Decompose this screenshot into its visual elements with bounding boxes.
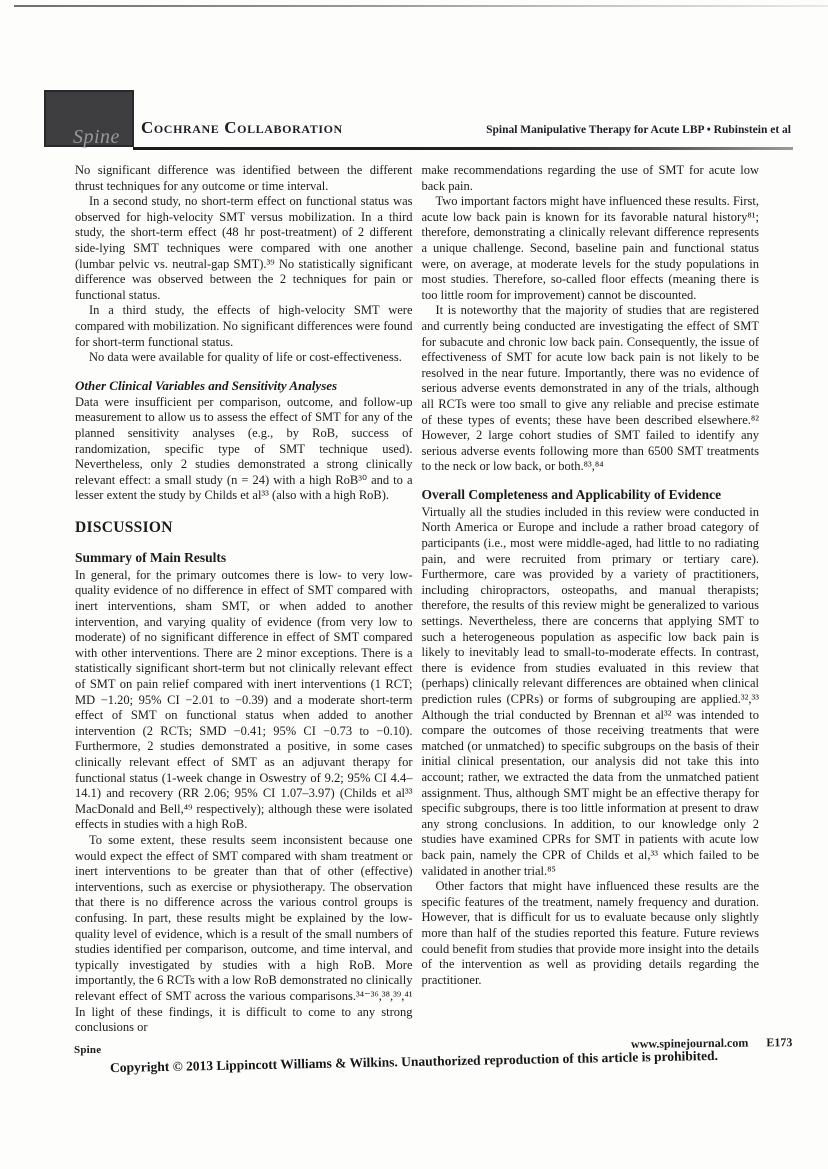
paragraph-recommendations: make recommendations regarding the use o… <box>422 163 760 194</box>
spine-logo-text: Spine <box>73 127 120 147</box>
paragraph-sensitivity-analyses: Data were insufficient per comparison, o… <box>75 395 413 504</box>
heading-discussion: DISCUSSION <box>75 519 413 537</box>
paragraph-second-study: In a second study, no short-term effect … <box>75 194 413 303</box>
copyright-notice: Copyright © 2013 Lippincott Williams & W… <box>70 1047 758 1077</box>
paragraph-other-factors: Other factors that might have influenced… <box>422 879 760 988</box>
heading-overall-completeness: Overall Completeness and Applicability o… <box>422 487 760 503</box>
scan-artifact-line <box>14 5 828 7</box>
paragraph-third-study: In a third study, the effects of high-ve… <box>75 303 413 350</box>
left-column: No significant difference was identified… <box>75 163 413 1041</box>
heading-other-clinical-variables: Other Clinical Variables and Sensitivity… <box>75 378 413 394</box>
cochrane-collaboration-label: Cochrane Collaboration <box>141 118 343 138</box>
paragraph-two-factors: Two important factors might have influen… <box>422 194 760 303</box>
paragraph-thrust-techniques: No significant difference was identified… <box>75 163 413 194</box>
heading-summary-of-main-results: Summary of Main Results <box>75 550 413 566</box>
spine-journal-logo: Spine <box>44 90 134 147</box>
page-number: E173 <box>766 1035 792 1050</box>
journal-page: Spine Cochrane Collaboration Spinal Mani… <box>0 0 828 1169</box>
journal-name: Spine <box>74 1044 101 1056</box>
article-body: No significant difference was identified… <box>75 163 759 1041</box>
running-head: Spinal Manipulative Therapy for Acute LB… <box>486 124 791 136</box>
paragraph-inconsistent-results: To some extent, these results seem incon… <box>75 833 413 1036</box>
header-rule <box>133 147 793 150</box>
right-column: make recommendations regarding the use o… <box>422 163 760 1041</box>
paragraph-applicability: Virtually all the studies included in th… <box>422 505 760 879</box>
paragraph-no-data: No data were available for quality of li… <box>75 350 413 366</box>
paragraph-summary-results: In general, for the primary outcomes the… <box>75 568 413 833</box>
paragraph-noteworthy: It is noteworthy that the majority of st… <box>422 303 760 475</box>
